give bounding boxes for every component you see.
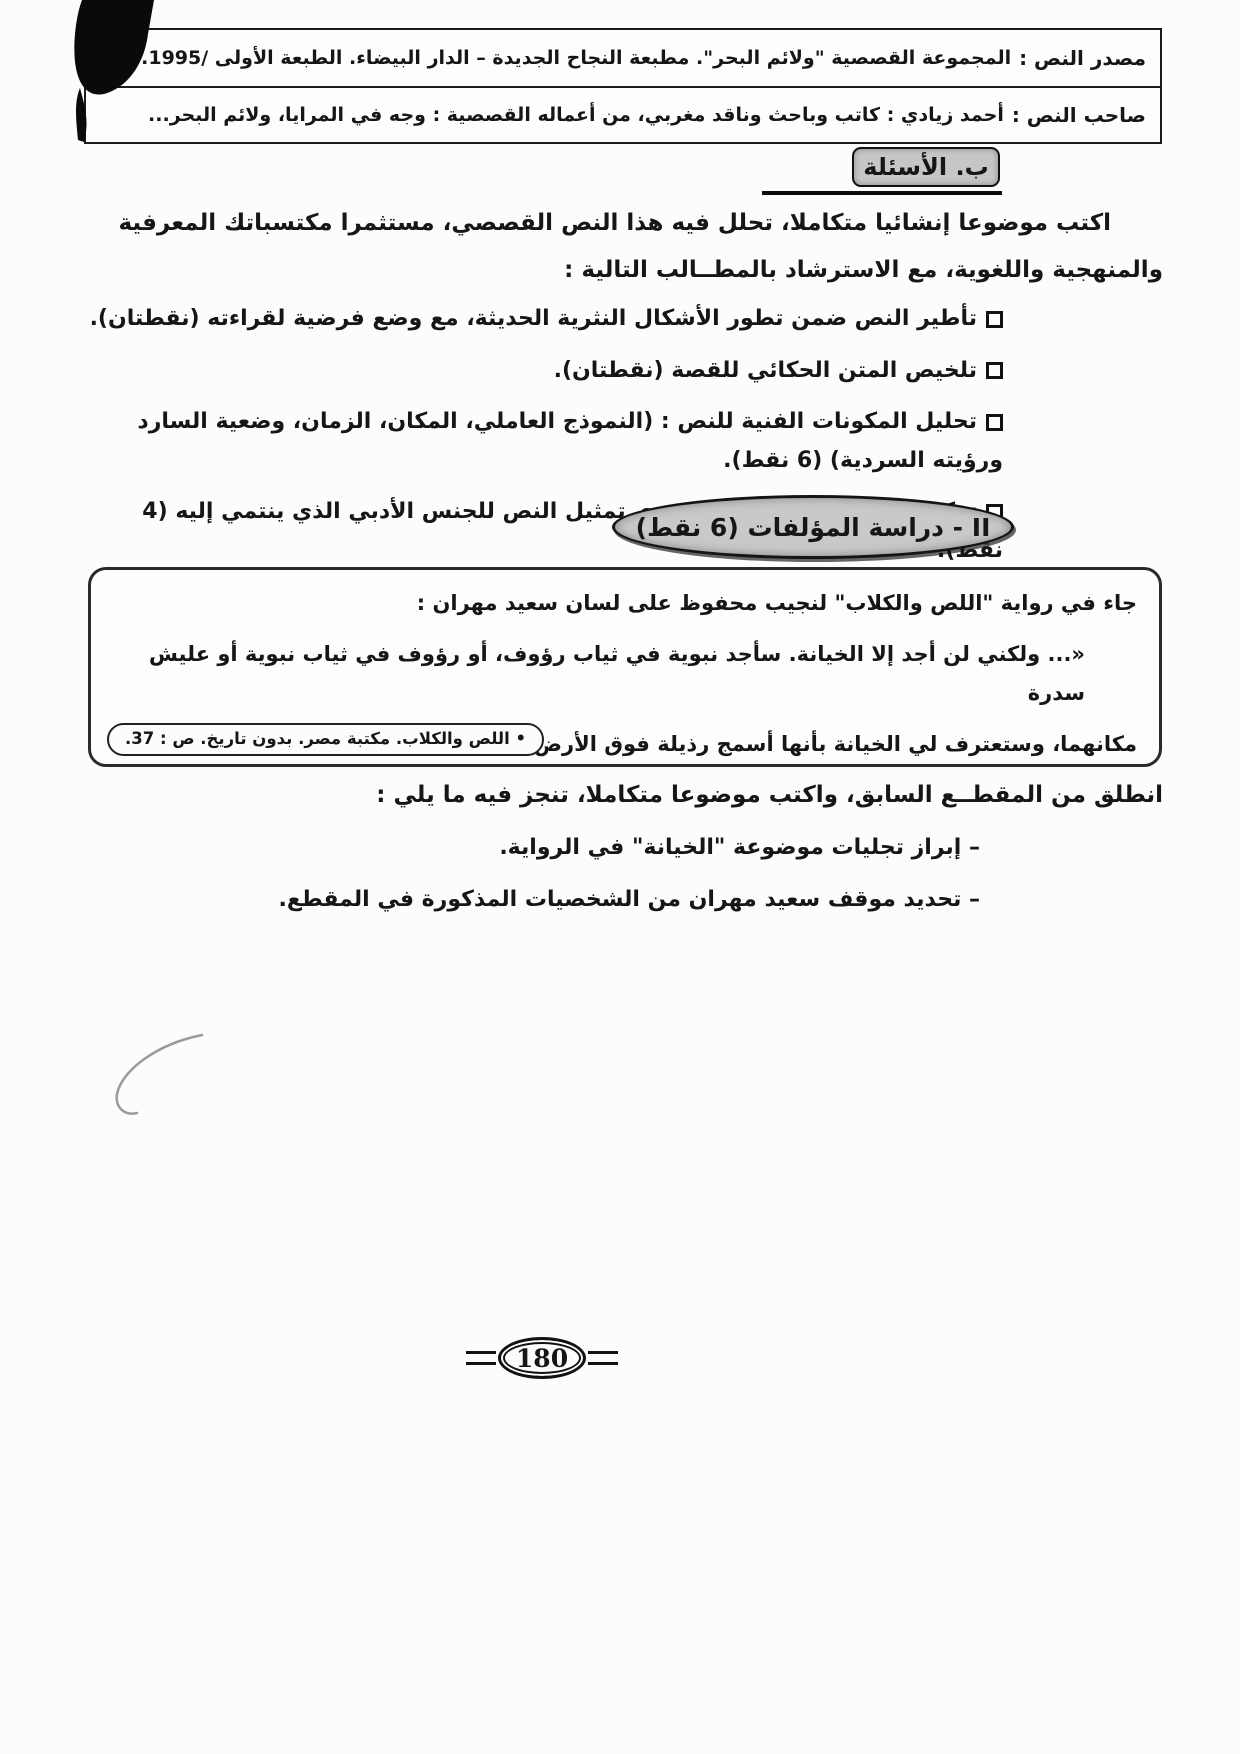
square-bullet-icon [986,311,1003,328]
novel-excerpt-box: جاء في رواية "اللص والكلاب" لنجيب محفوظ … [88,567,1162,767]
excerpt-intro: جاء في رواية "اللص والكلاب" لنجيب محفوظ … [113,584,1137,623]
requirement-text: تأطير النص ضمن تطور الأشكال النثرية الحد… [90,306,977,331]
essay-instructions: اكتب موضوعا إنشائيا متكاملا، تحلل فيه هذ… [75,200,1163,294]
instruction-line: والمنهجية واللغوية، مع الاسترشاد بالمطــ… [75,247,1163,294]
ornament-lines-right [466,1351,496,1365]
requirement-item: تأطير النص ضمن تطور الأشكال النثرية الحد… [75,300,1003,339]
ornament-lines-left [588,1351,618,1365]
task-item: – إبراز تجليات موضوعة "الخيانة" في الروا… [75,828,980,868]
pen-curve-artifact [112,1032,212,1127]
task-item: – تحديد موقف سعيد مهران من الشخصيات المذ… [75,880,980,920]
questions-section-badge: ب. الأسئلة [852,147,1000,187]
author-label: صاحب النص : [1012,103,1146,127]
instruction-line: اكتب موضوعا إنشائيا متكاملا، تحلل فيه هذ… [75,200,1163,247]
square-bullet-icon [986,414,1003,431]
excerpt-quote-line: «... ولكني لن أجد إلا الخيانة. سأجد نبوي… [113,635,1137,713]
requirement-text: تلخيص المتن الحكائي للقصة (نقطتان). [554,358,977,383]
badge-underline-rule [762,191,1002,195]
source-label: مصدر النص : [1019,46,1146,70]
works-task-instruction: انطلق من المقطــع السابق، واكتب موضوعا م… [75,782,1163,808]
page-number-badge: 180 [462,1336,622,1380]
ink-blob-artifact [68,0,158,150]
requirement-item: تلخيص المتن الحكائي للقصة (نقطتان). [75,352,1003,391]
page-number: 180 [516,1344,568,1373]
square-bullet-icon [986,362,1003,379]
requirement-text: تحليل المكونات الفنية للنص : (النموذج ال… [137,409,1003,473]
requirement-item: تحليل المكونات الفنية للنص : (النموذج ال… [75,403,1003,480]
source-row: مصدر النص : المجموعة القصصية "ولائم البح… [86,30,1160,86]
text-source-box: مصدر النص : المجموعة القصصية "ولائم البح… [84,28,1162,144]
page-number-oval: 180 [498,1337,586,1379]
author-row: صاحب النص : أحمد زيادي : كاتب وباحث وناق… [86,86,1160,142]
author-text: أحمد زيادي : كاتب وباحث وناقد مغربي، من … [148,104,1004,126]
source-text: المجموعة القصصية "ولائم البحر". مطبعة ال… [86,47,1011,69]
works-study-section-badge: II - دراسة المؤلفات (6 نقط) [612,495,1014,559]
scanned-exam-page: مصدر النص : المجموعة القصصية "ولائم البح… [0,0,1240,1754]
citation-pill: • اللص والكلاب. مكتبة مصر. بدون تاريخ. ص… [107,723,544,756]
works-task-list: – إبراز تجليات موضوعة "الخيانة" في الروا… [75,828,980,931]
